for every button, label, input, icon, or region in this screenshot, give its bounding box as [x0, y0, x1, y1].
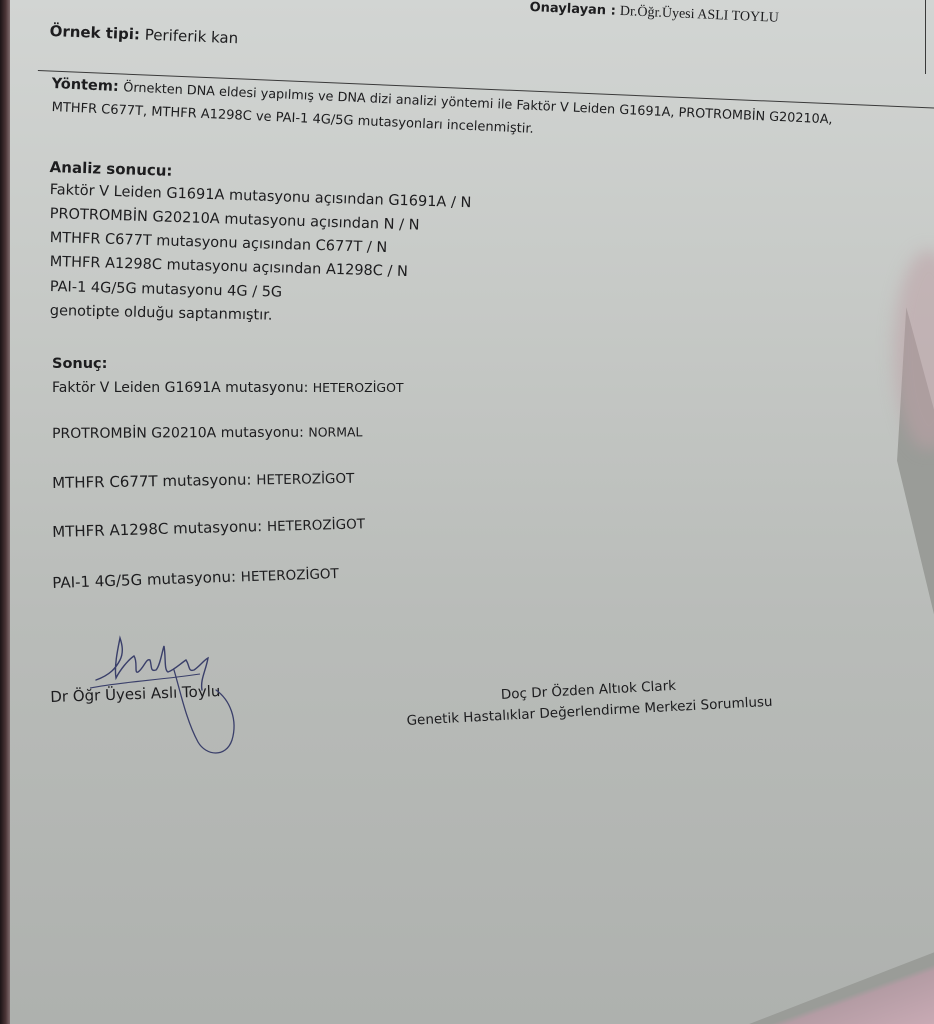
analysis-line: genotipte olduğu saptanmıştır.: [50, 303, 273, 324]
result-item: PROTROMBİN G20210A mutasyonu: NORMAL: [52, 424, 363, 442]
result-item-name: Faktör V Leiden G1691A mutasyonu:: [52, 380, 308, 396]
approver-name: Dr.Öğr.Üyesi ASLI TOYLU: [620, 4, 779, 26]
result-item-name: PROTROMBİN G20210A mutasyonu:: [52, 425, 304, 442]
result-item: PAI-1 4G/5G mutasyonu: HETEROZİGOT: [52, 564, 339, 592]
header-box-border-right: [925, 0, 926, 74]
handwritten-signature: [90, 630, 270, 760]
result-item-status: HETEROZİGOT: [313, 380, 404, 395]
result-item: MTHFR C677T mutasyonu: HETEROZİGOT: [52, 469, 354, 492]
analysis-line: PAI-1 4G/5G mutasyonu 4G / 5G: [50, 279, 283, 301]
result-item-status: HETEROZİGOT: [241, 566, 340, 585]
sample-type-value: Periferik kan: [144, 26, 238, 48]
method-label: Yöntem:: [51, 76, 119, 95]
right-signatory: Doç Dr Özden Altıok Clark Genetik Hastal…: [405, 671, 773, 732]
result-item: Faktör V Leiden G1691A mutasyonu: HETERO…: [52, 380, 404, 396]
result-item: MTHFR A1298C mutasyonu: HETEROZİGOT: [52, 514, 365, 541]
result-item-status: HETEROZİGOT: [267, 516, 365, 535]
result-item-name: PAI-1 4G/5G mutasyonu:: [52, 568, 236, 592]
document-content: Onaylayan : Dr.Öğr.Üyesi ASLI TOYLU Örne…: [0, 0, 934, 1024]
result-item-status: HETEROZİGOT: [256, 471, 354, 489]
result-heading: Sonuç:: [52, 356, 107, 372]
approver-label: Onaylayan :: [529, 0, 616, 19]
approver: Onaylayan : Dr.Öğr.Üyesi ASLI TOYLU: [529, 0, 779, 27]
sample-type-label: Örnek tipi:: [49, 22, 140, 43]
analysis-line: MTHFR A1298C mutasyonu açısından A1298C …: [50, 254, 408, 280]
result-item-name: MTHFR A1298C mutasyonu:: [52, 517, 262, 541]
result-item-status: NORMAL: [308, 424, 362, 439]
analysis-line: PROTROMBİN G20210A mutasyonu açısından N…: [49, 206, 419, 234]
result-item-name: MTHFR C677T mutasyonu:: [52, 471, 252, 492]
analysis-line: Faktör V Leiden G1691A mutasyonu açısınd…: [49, 182, 471, 211]
analysis-heading: Analiz sonucu:: [49, 158, 172, 180]
analysis-line: MTHFR C677T mutasyonu açısından C677T / …: [50, 230, 388, 256]
